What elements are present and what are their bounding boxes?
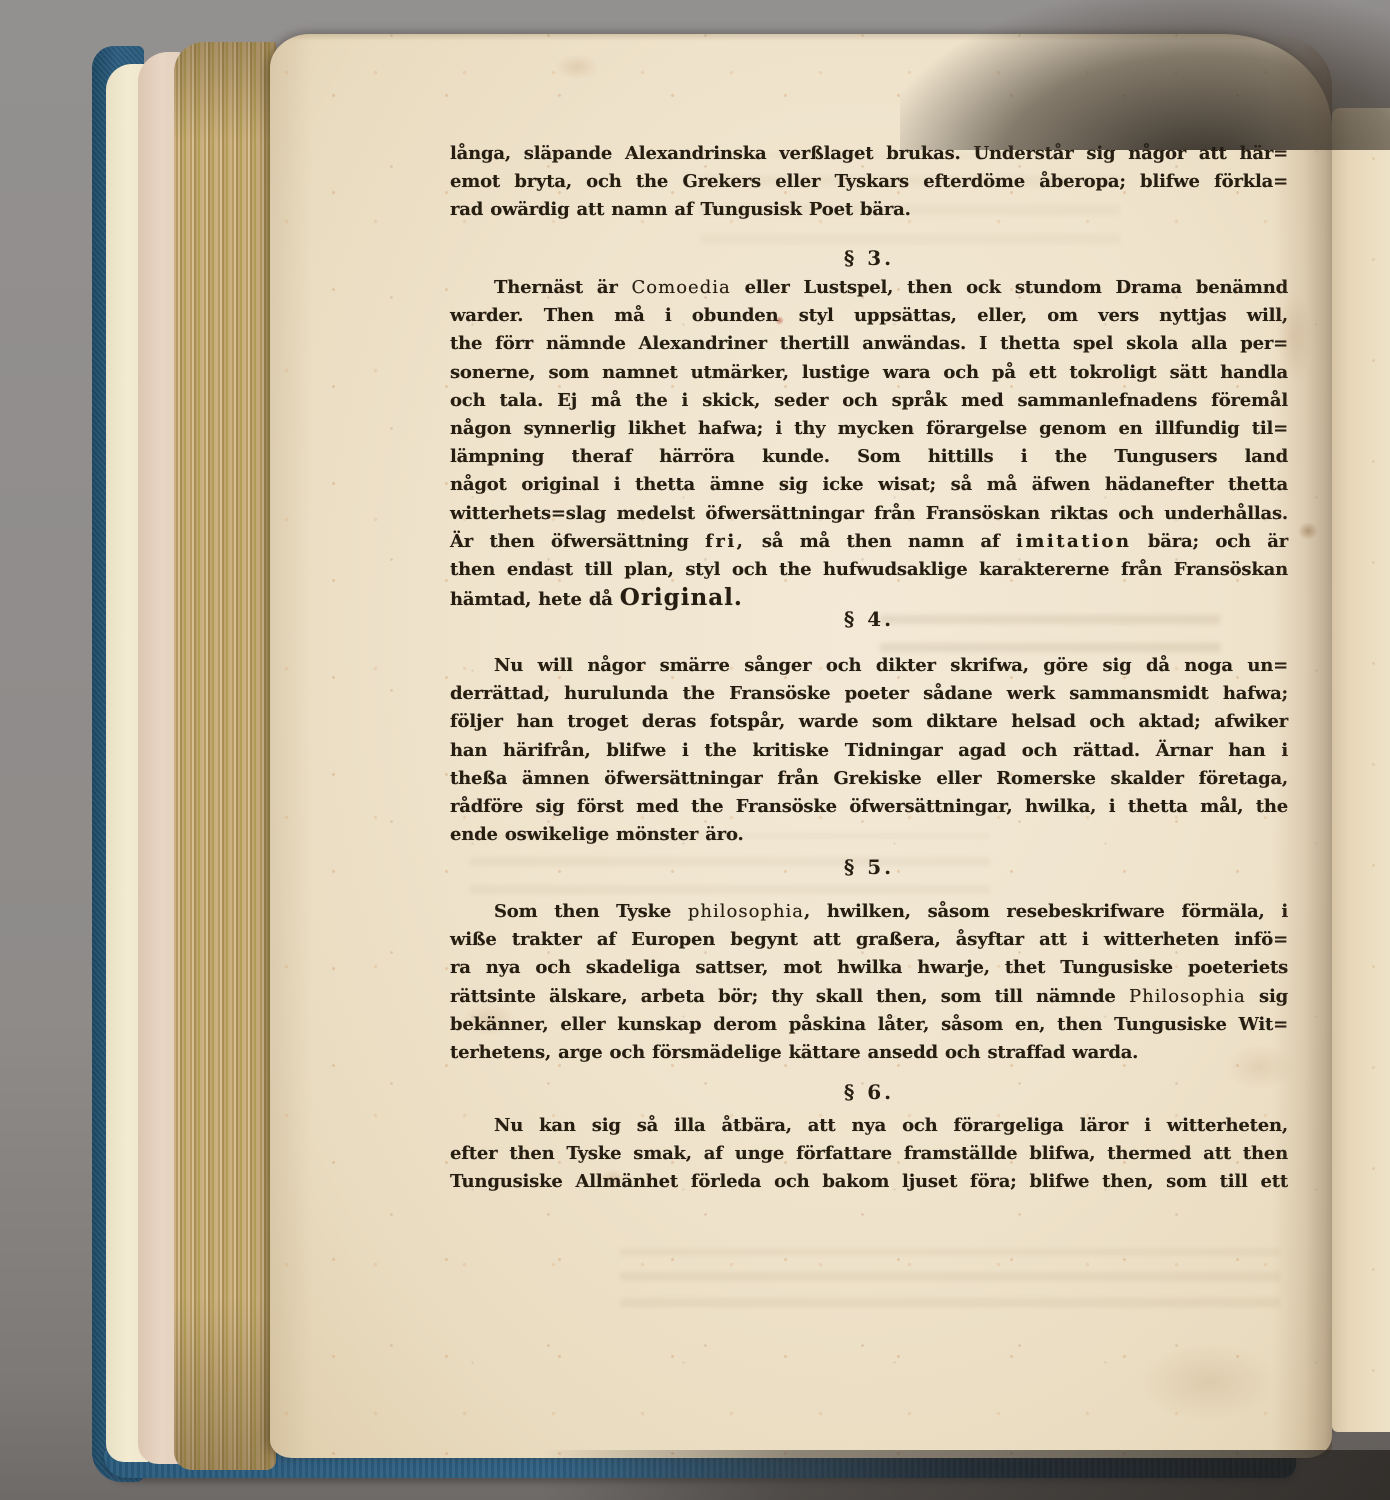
text-segment: ra nya och skadeliga sattser, mot hwilka… [450, 957, 1288, 978]
text-segment: Tungusiske Allmänhet förleda och bakom l… [450, 1171, 1288, 1192]
text-line: bekänner, eller kunskap derom påskina lå… [450, 1011, 1288, 1039]
text-segment: wiße trakter af Europen begynt att graße… [450, 929, 1288, 950]
text-segment: ende oswikelige mönster äro. [450, 824, 744, 845]
section-heading: § 5. [450, 855, 1288, 879]
text-segment: Nu kan sig så illa åtbära, att nya och f… [494, 1115, 1288, 1136]
text-segment: hämtad, hete då [450, 589, 620, 610]
text-segment: något original i thetta ämne sig icke wi… [450, 474, 1288, 495]
text-segment: Som then Tyske [494, 901, 688, 922]
text-segment: emot bryta, och the Grekers eller Tyskar… [450, 171, 1288, 192]
text-line: ende oswikelige mönster äro. [450, 821, 1288, 849]
text-line: theßa ämnen öfwersättningar från Grekisk… [450, 765, 1288, 793]
paragraph: Nu will någor smärre sånger och dikter s… [450, 652, 1288, 849]
text-segment: warder. Then må i obunden styl uppsättas… [450, 305, 1288, 326]
text-line: wiße trakter af Europen begynt att graße… [450, 926, 1288, 954]
text-line: Nu will någor smärre sånger och dikter s… [450, 652, 1288, 680]
page-edges-stack [174, 42, 276, 1470]
text-line: warder. Then må i obunden styl uppsättas… [450, 302, 1288, 330]
text-segment: derrättad, hurulunda the Fransöske poete… [450, 683, 1288, 704]
text-block: § 3. § 4. § 5. § 6. långa, släpande Alex… [450, 34, 1288, 1458]
latin-text: philosophia [688, 901, 804, 922]
text-line: någon synnerlig likhet hafwa; i thy myck… [450, 415, 1288, 443]
text-segment: bära; och är [1131, 531, 1288, 552]
paragraph: Nu kan sig så illa åtbära, att nya och f… [450, 1112, 1288, 1197]
text-segment: Är then öfwersättning [450, 531, 705, 552]
text-segment: efter then Tyske smak, af unge författar… [450, 1143, 1288, 1164]
text-segment: sig [1246, 986, 1288, 1007]
text-line: hämtad, hete då Original. [450, 584, 1288, 612]
bottom-shadow [540, 1450, 1390, 1500]
text-line: ra nya och skadeliga sattser, mot hwilka… [450, 954, 1288, 982]
text-segment: terhetens, arge och försmädelige kättare… [450, 1042, 1138, 1063]
stain [1298, 522, 1318, 540]
text-line: Är then öfwersättning fri, så må then na… [450, 528, 1288, 556]
text-line: Som then Tyske philosophia, hwilken, sås… [450, 898, 1288, 926]
text-segment: han härifrån, blifwe i the kritiske Tidn… [450, 740, 1288, 761]
latin-text: Comoedia [632, 277, 731, 298]
text-line: then endast till plan, styl och the hufw… [450, 556, 1288, 584]
paragraph: Som then Tyske philosophia, hwilken, sås… [450, 898, 1288, 1067]
text-segment: theßa ämnen öfwersättningar från Grekisk… [450, 768, 1288, 789]
text-line: och tala. Ej må the i skick, seder och s… [450, 387, 1288, 415]
text-line: efter then Tyske smak, af unge författar… [450, 1140, 1288, 1168]
facing-page-sliver [1332, 108, 1390, 1432]
text-line: rättsinte älskare, arbeta bör; thy skall… [450, 983, 1288, 1011]
text-line: rådföre sig först med the Fransöske öfwe… [450, 793, 1288, 821]
paragraph: Thernäst är Comoedia eller Lustspel, the… [450, 274, 1288, 612]
text-line: lämpning theraf härröra kunde. Som hitti… [450, 443, 1288, 471]
text-line: witterhets=slag medelst öfwersättningar … [450, 500, 1288, 528]
text-line: han härifrån, blifwe i the kritiske Tidn… [450, 737, 1288, 765]
text-line: terhetens, arge och försmädelige kättare… [450, 1039, 1288, 1067]
text-segment: eller Lustspel, then ock stundom Drama b… [731, 277, 1288, 298]
photograph-background: § 3. § 4. § 5. § 6. långa, släpande Alex… [0, 0, 1390, 1500]
text-segment: och tala. Ej må the i skick, seder och s… [450, 390, 1288, 411]
text-line: Thernäst är Comoedia eller Lustspel, the… [450, 274, 1288, 302]
latin-text: Philosophia [1129, 986, 1246, 1007]
text-line: rad owärdig att namn af Tungusisk Poet b… [450, 196, 1288, 224]
text-segment: then endast till plan, styl och the hufw… [450, 559, 1288, 580]
text-segment: rättsinte älskare, arbeta bör; thy skall… [450, 986, 1129, 1007]
emph-text: fri, [705, 531, 745, 552]
text-line: Tungusiske Allmänhet förleda och bakom l… [450, 1168, 1288, 1196]
text-line: följer han troget deras fotspår, warde s… [450, 708, 1288, 736]
text-segment: Nu will någor smärre sånger och dikter s… [494, 655, 1288, 676]
text-line: något original i thetta ämne sig icke wi… [450, 471, 1288, 499]
text-segment: följer han troget deras fotspår, warde s… [450, 711, 1288, 732]
section-heading: § 3. [450, 246, 1288, 270]
text-line: Nu kan sig så illa åtbära, att nya och f… [450, 1112, 1288, 1140]
text-line: emot bryta, och the Grekers eller Tyskar… [450, 168, 1288, 196]
text-segment: rådföre sig först med the Fransöske öfwe… [450, 796, 1288, 817]
text-segment: Thernäst är [494, 277, 632, 298]
text-segment: witterhets=slag medelst öfwersättningar … [450, 503, 1288, 524]
text-segment: någon synnerlig likhet hafwa; i thy myck… [450, 418, 1288, 439]
text-line: the förr nämnde Alexandriner thertill an… [450, 330, 1288, 358]
text-line: derrättad, hurulunda the Fransöske poete… [450, 680, 1288, 708]
text-segment: the förr nämnde Alexandriner thertill an… [450, 333, 1288, 354]
text-segment: sonerne, som namnet utmärker, lustige wa… [450, 362, 1288, 383]
text-line: sonerne, som namnet utmärker, lustige wa… [450, 359, 1288, 387]
text-segment: bekänner, eller kunskap derom påskina lå… [450, 1014, 1288, 1035]
book-page: § 3. § 4. § 5. § 6. långa, släpande Alex… [270, 34, 1332, 1458]
text-segment: rad owärdig att namn af Tungusisk Poet b… [450, 199, 911, 220]
text-segment: så må then namn af [745, 531, 1016, 552]
paragraph: långa, släpande Alexandrinska verßlaget … [450, 140, 1288, 225]
title-text: Original. [620, 584, 743, 611]
gutter-top-shadow [900, 0, 1390, 150]
emph-text: imitation [1016, 531, 1131, 552]
section-heading: § 6. [450, 1080, 1288, 1104]
text-segment: lämpning theraf härröra kunde. Som hitti… [450, 446, 1288, 467]
text-segment: , hwilken, såsom resebeskrifware förmäla… [804, 901, 1288, 922]
